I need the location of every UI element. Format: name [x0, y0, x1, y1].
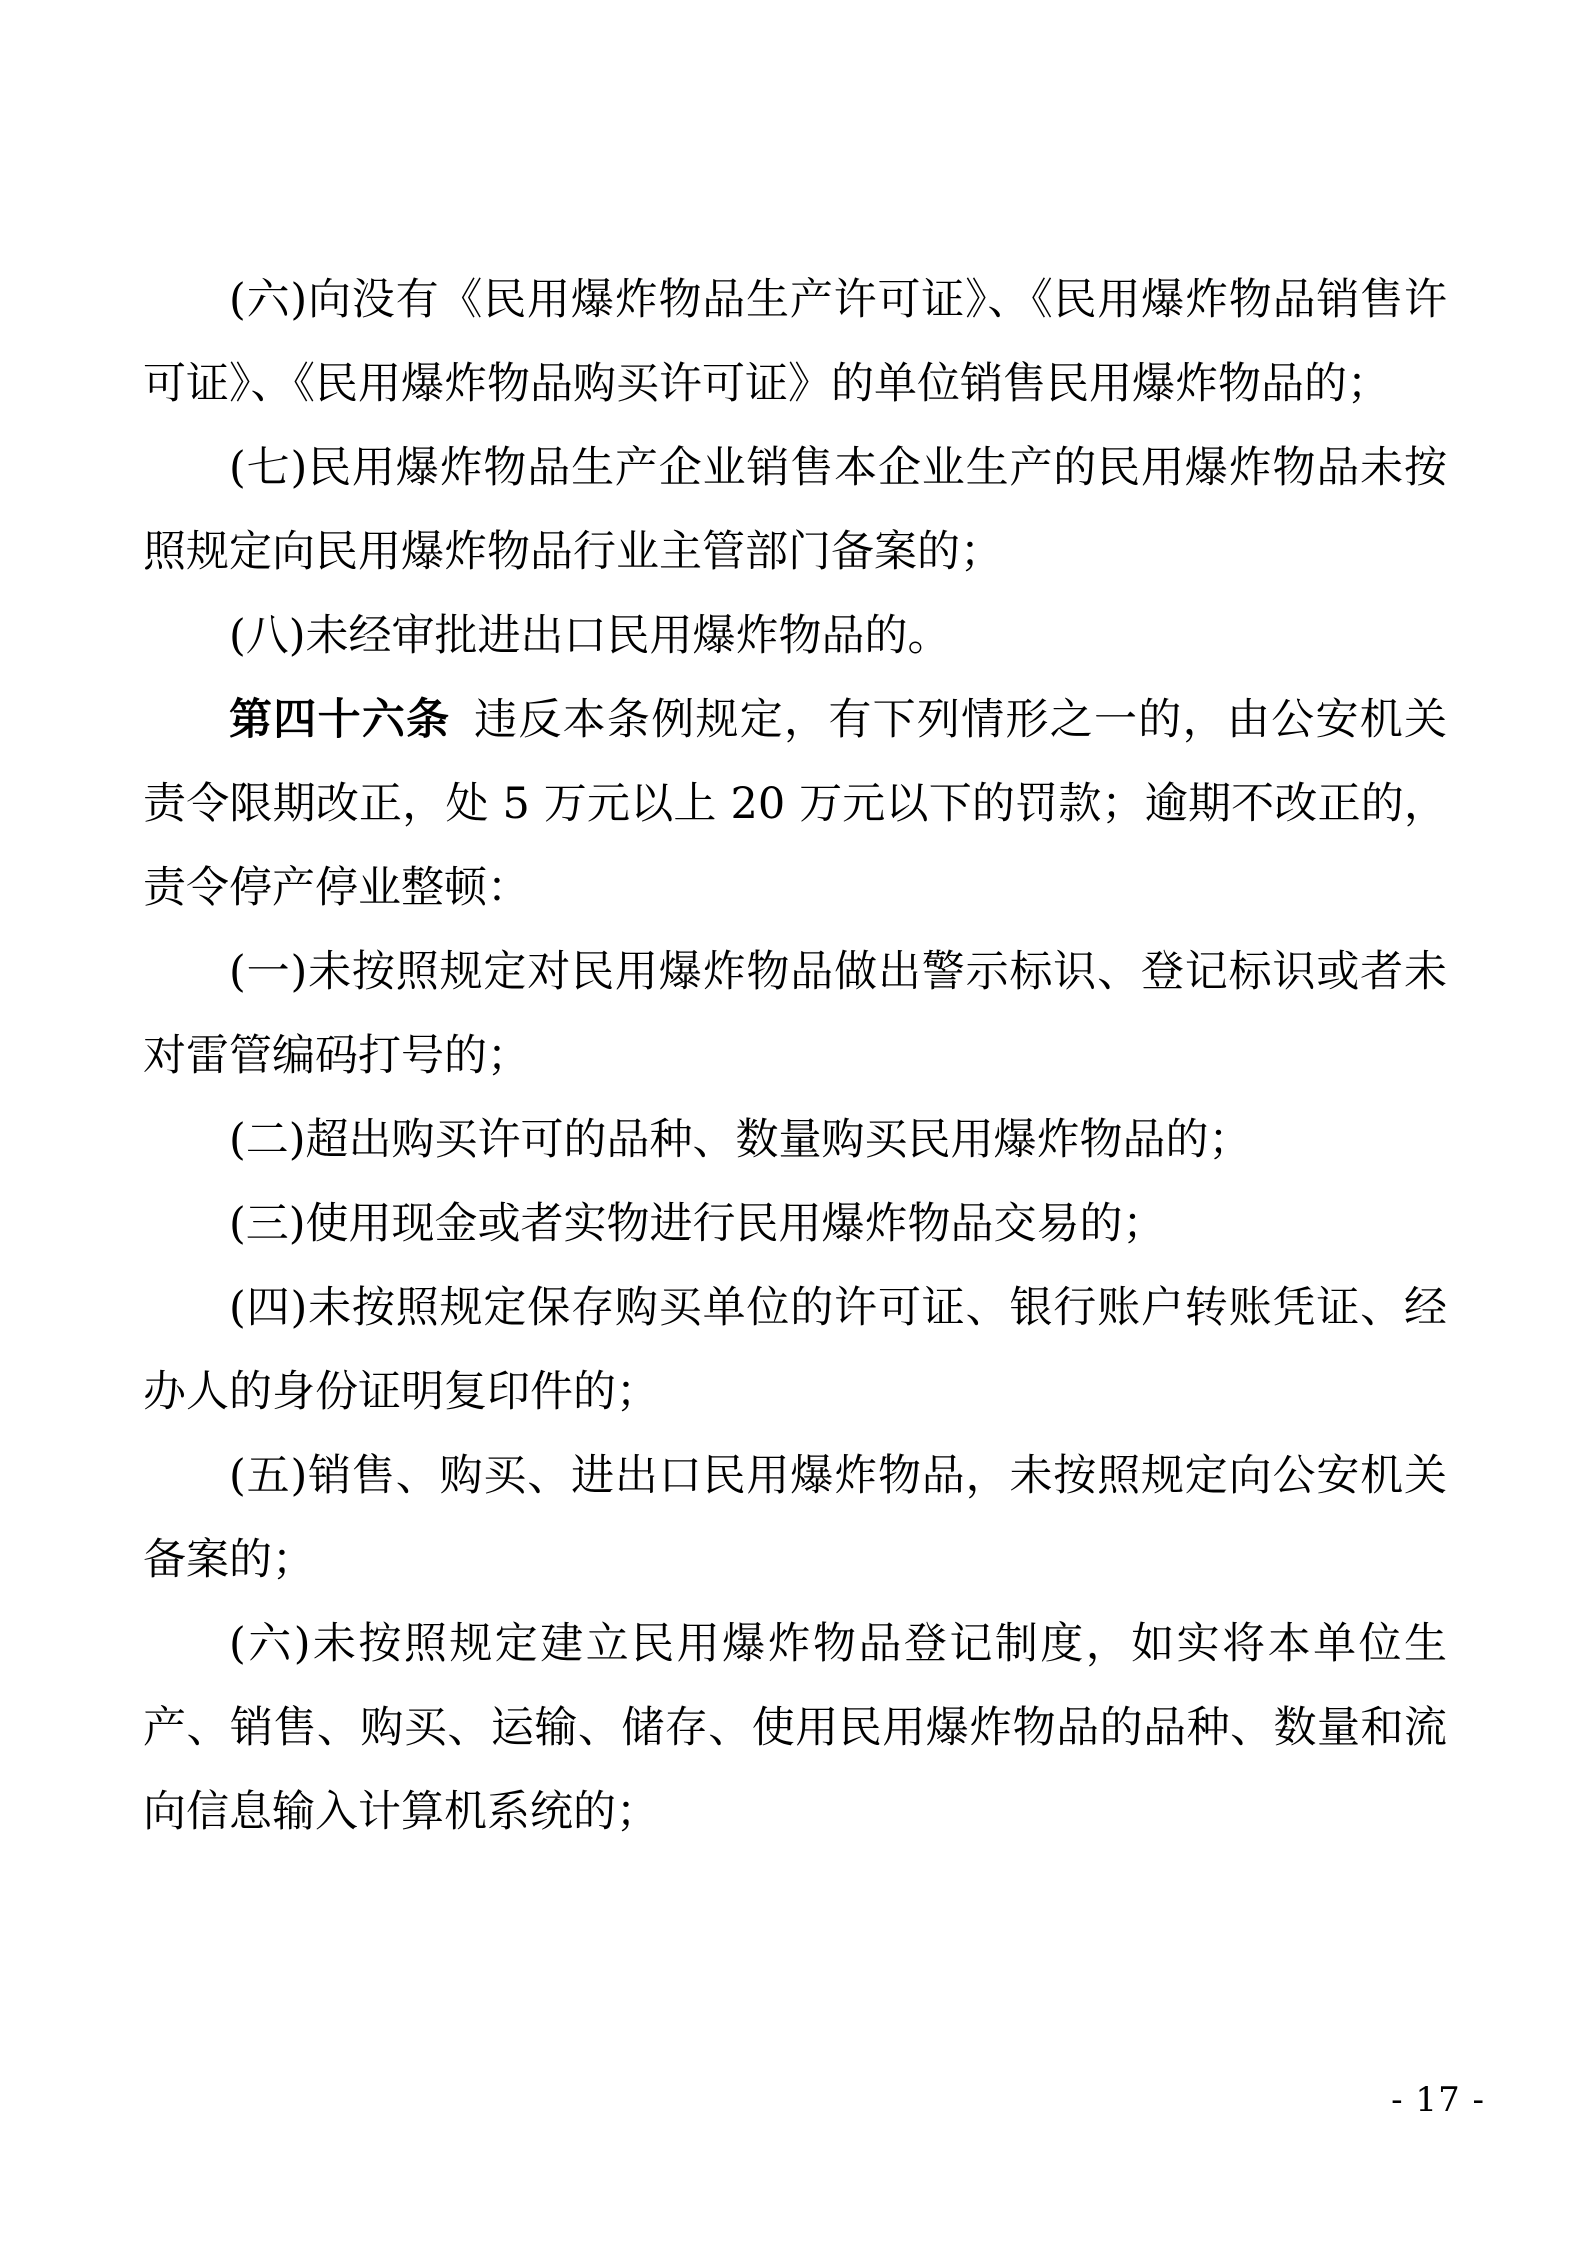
- paragraph-item-3-cash-transactions: (三)使用现金或者实物进行民用爆炸物品交易的；: [143, 1182, 1447, 1266]
- document-page: (六)向没有《民用爆炸物品生产许可证》、《民用爆炸物品销售许可证》、《民用爆炸物…: [0, 0, 1587, 2245]
- paragraph-article-46: 第四十六条违反本条例规定，有下列情形之一的，由公安机关责令限期改正，处 5 万元…: [143, 678, 1447, 930]
- paragraph-item-6-sale-without-license: (六)向没有《民用爆炸物品生产许可证》、《民用爆炸物品销售许可证》、《民用爆炸物…: [143, 258, 1447, 426]
- paragraph-text: (八)未经审批进出口民用爆炸物品的。: [229, 611, 951, 661]
- paragraph-text: (一)未按照规定对民用爆炸物品做出警示标识、登记标识或者未对雷管编码打号的；: [143, 947, 1447, 1081]
- document-body: (六)向没有《民用爆炸物品生产许可证》、《民用爆炸物品销售许可证》、《民用爆炸物…: [143, 258, 1447, 1854]
- paragraph-text: (五)销售、购买、进出口民用爆炸物品，未按照规定向公安机关备案的；: [143, 1451, 1447, 1585]
- paragraph-text: (三)使用现金或者实物进行民用爆炸物品交易的；: [229, 1199, 1166, 1249]
- paragraph-item-8-import-export: (八)未经审批进出口民用爆炸物品的。: [143, 594, 1447, 678]
- article-46-term: 第四十六条: [229, 696, 450, 744]
- paragraph-item-2-purchase-beyond-permit: (二)超出购买许可的品种、数量购买民用爆炸物品的；: [143, 1098, 1447, 1182]
- paragraph-item-6-registration-system: (六)未按照规定建立民用爆炸物品登记制度，如实将本单位生产、销售、购买、运输、储…: [143, 1602, 1447, 1854]
- paragraph-item-1-warning-marks: (一)未按照规定对民用爆炸物品做出警示标识、登记标识或者未对雷管编码打号的；: [143, 930, 1447, 1098]
- paragraph-item-7-producer-filing: (七)民用爆炸物品生产企业销售本企业生产的民用爆炸物品未按照规定向民用爆炸物品行…: [143, 426, 1447, 594]
- paragraph-text: (二)超出购买许可的品种、数量购买民用爆炸物品的；: [229, 1115, 1252, 1165]
- paragraph-text: (四)未按照规定保存购买单位的许可证、银行账户转账凭证、经办人的身份证明复印件的…: [143, 1283, 1447, 1417]
- paragraph-item-4-record-keeping: (四)未按照规定保存购买单位的许可证、银行账户转账凭证、经办人的身份证明复印件的…: [143, 1266, 1447, 1434]
- paragraph-item-5-filing-with-police: (五)销售、购买、进出口民用爆炸物品，未按照规定向公安机关备案的；: [143, 1434, 1447, 1602]
- paragraph-text: (七)民用爆炸物品生产企业销售本企业生产的民用爆炸物品未按照规定向民用爆炸物品行…: [143, 443, 1447, 577]
- paragraph-text: (六)向没有《民用爆炸物品生产许可证》、《民用爆炸物品销售许可证》、《民用爆炸物…: [143, 275, 1447, 409]
- paragraph-text: (六)未按照规定建立民用爆炸物品登记制度，如实将本单位生产、销售、购买、运输、储…: [143, 1619, 1447, 1837]
- page-number: - 17 -: [1391, 2080, 1485, 2120]
